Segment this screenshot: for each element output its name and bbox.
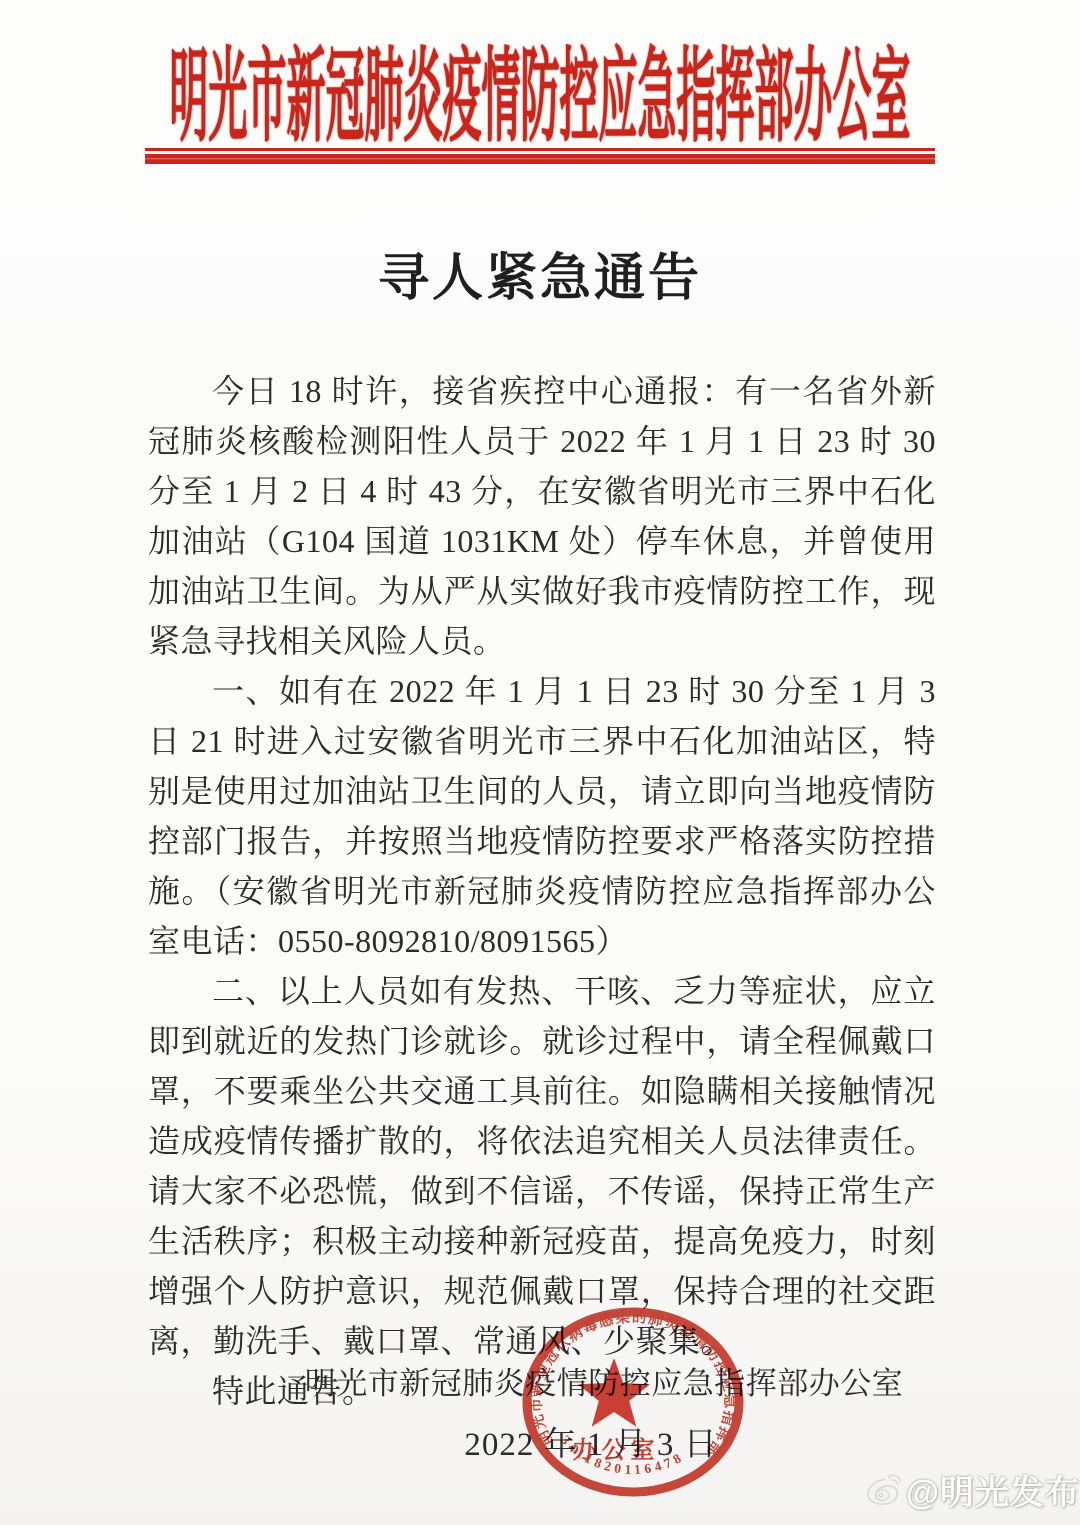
seal-star-icon bbox=[578, 1358, 650, 1427]
notice-paragraph: 一、如有在 2022 年 1 月 1 日 23 时 30 分至 1 月 3 日 … bbox=[148, 666, 936, 966]
letterhead: 明光市新冠肺炎疫情防控应急指挥部办公室 bbox=[0, 16, 1080, 138]
notice-title: 寻人紧急通告 bbox=[0, 236, 1080, 310]
notice-document: 明光市新冠肺炎疫情防控应急指挥部办公室 寻人紧急通告 今日 18 时许，接省疾控… bbox=[0, 0, 1080, 1525]
letterhead-rule-thick bbox=[145, 154, 935, 164]
letterhead-office-name: 明光市新冠肺炎疫情防控应急指挥部办公室 bbox=[169, 16, 910, 163]
notice-paragraph: 今日 18 时许，接省疾控中心通报：有一名省外新冠肺炎核酸检测阳性人员于 202… bbox=[148, 366, 936, 666]
watermark: @明光发布 bbox=[864, 1458, 1080, 1520]
weibo-icon bbox=[864, 1461, 906, 1517]
watermark-handle: @明光发布 bbox=[906, 1465, 1080, 1514]
official-seal: 明光市新型冠状病毒感染的肺炎疫情防控应急指挥部 办公室 341182011647… bbox=[517, 1302, 749, 1502]
letterhead-rule bbox=[145, 148, 935, 164]
notice-body: 今日 18 时许，接省疾控中心通报：有一名省外新冠肺炎核酸检测阳性人员于 202… bbox=[148, 366, 936, 1416]
